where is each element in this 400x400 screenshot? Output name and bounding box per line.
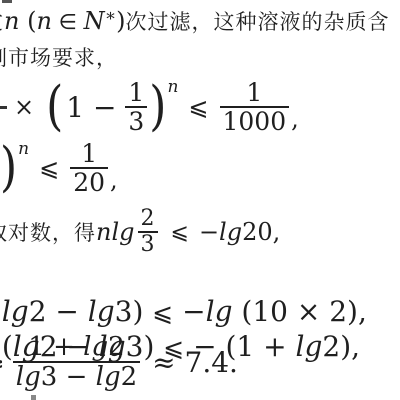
math-lg: lg <box>296 330 323 363</box>
leq-symbol: ⩽ <box>188 93 208 121</box>
exponent-n: n <box>167 77 178 97</box>
clipped-char: 到 <box>0 42 8 72</box>
fraction-two-thirds: 2 3 <box>138 207 158 257</box>
denominator: 20 <box>73 169 105 196</box>
math-lg: lg <box>96 363 121 391</box>
clipped-char: 取 <box>0 217 8 247</box>
math-text: 2), <box>322 330 360 363</box>
geq-symbol-clipped: ⩾ <box>0 347 5 377</box>
math-lg: lg <box>219 218 242 246</box>
math-number: 2 <box>121 363 138 391</box>
numerator: 2 <box>141 207 155 231</box>
leq-symbol: ⩽ <box>171 220 189 245</box>
element-of-symbol: ∈ <box>52 10 84 34</box>
big-paren-close: ) <box>149 80 166 134</box>
math-text: 3 − <box>41 363 96 391</box>
denominator: 3 <box>128 108 144 135</box>
comma: , <box>291 105 299 133</box>
solution-line-4: ) n ⩽ 1 20 , <box>0 139 116 197</box>
math-var-n: n <box>4 7 19 35</box>
paren-open: ( <box>19 7 36 35</box>
math-nlg: nlg <box>96 218 135 246</box>
fraction-log-ratio: 1 + lg2 lg3 − lg2 <box>13 333 140 391</box>
cut-text-fragment-bottom <box>31 395 36 400</box>
math-set-N: N <box>84 7 105 35</box>
math-lg: lg <box>16 363 41 391</box>
math-var-n: n <box>36 7 51 35</box>
math-number: 20 <box>242 218 273 246</box>
denominator: lg3 − lg2 <box>13 361 140 391</box>
fraction-one-third: 1 3 <box>125 79 147 135</box>
big-paren-close: ) <box>0 141 17 195</box>
math-text: 1 + <box>28 333 83 361</box>
big-paren-open: ( <box>46 80 63 134</box>
solution-line-2: 到 市场要求， <box>0 42 118 72</box>
solution-line-3: × ( 1 − 1 3 ) n ⩽ 1 1000 , <box>0 76 297 138</box>
minus-sign: − <box>199 218 219 246</box>
solution-line-5: 取 对数，得 nlg 2 3 ⩽ − lg 20 , <box>0 206 280 258</box>
chinese-text: 次过滤，这种溶液的杂质含 <box>126 6 390 36</box>
solution-line-1: 过 n ( n ∈ N ∗ ) 次过滤，这种溶液的杂质含 <box>0 6 390 38</box>
paren-close: ) <box>116 7 125 35</box>
multiply-sign: × <box>14 93 34 121</box>
exponent-n: n <box>18 139 29 159</box>
numerator: 1 + lg2 <box>25 333 127 361</box>
leq-symbol: ⩽ <box>39 154 59 182</box>
numerator: 1 <box>246 79 262 106</box>
cut-fraction-bar-fragment <box>0 106 7 109</box>
math-number: 2 <box>108 333 125 361</box>
fraction-one-twentieth: 1 20 <box>70 140 108 196</box>
solution-line-8: ⩾ 1 + lg2 lg3 − lg2 ≈ 7.4. <box>0 333 238 391</box>
denominator: 3 <box>141 233 155 257</box>
numerator: 1 <box>128 79 144 106</box>
chinese-text: 对数，得 <box>8 217 96 247</box>
cut-text-fragment-top <box>2 0 12 3</box>
fraction-one-thousandth: 1 1000 <box>220 79 290 135</box>
superscript-star: ∗ <box>105 6 117 26</box>
math-text: 1 − <box>66 91 125 124</box>
comma: , <box>110 166 118 194</box>
math-lg: lg <box>83 333 108 361</box>
numerator: 1 <box>81 140 97 167</box>
chinese-text: 市场要求， <box>8 42 118 72</box>
approx-result: ≈ 7.4. <box>152 346 238 379</box>
comma: , <box>273 218 281 246</box>
denominator: 1000 <box>223 108 287 135</box>
